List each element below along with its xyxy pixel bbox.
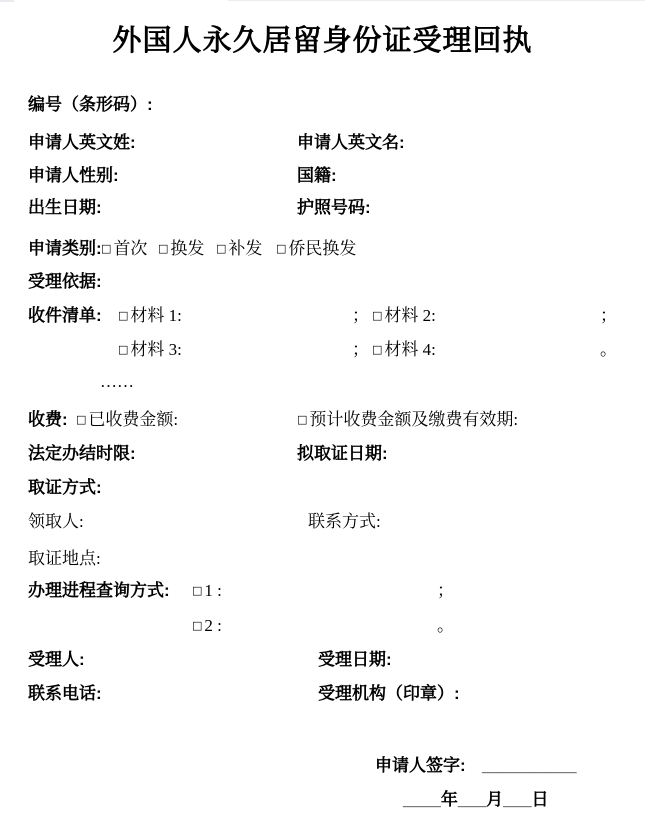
query-method-2-item: □2 : [192, 616, 222, 636]
material-4-item: □材料 4: [372, 340, 436, 360]
page-edge-artifact [228, 0, 645, 1]
field-receiver: 领取人: [28, 512, 84, 532]
field-passport-number: 护照号码: [297, 198, 371, 218]
overseas-renewal-checkbox[interactable]: □ [276, 242, 288, 255]
document-title: 外国人永久居留身份证受理回执 [0, 24, 645, 59]
material-3-checkbox[interactable]: □ [118, 343, 130, 356]
field-applicant-gender: 申请人性别: [28, 166, 119, 186]
apply-option-first: □首次 [101, 239, 147, 259]
field-application-type: 申请类别: [28, 239, 102, 259]
field-contact-phone: 联系电话: [28, 684, 102, 704]
field-applicant-surname-en: 申请人英文姓: [28, 133, 136, 153]
fee-received-checkbox[interactable]: □ [76, 413, 88, 426]
first-time-checkbox[interactable]: □ [101, 242, 113, 255]
material-2-item: □材料 2: [372, 306, 436, 326]
fee-received-label: 已收费金额: [88, 410, 178, 429]
apply-option-renewal-label: 换发 [170, 239, 204, 258]
field-acceptance-basis: 受理依据: [28, 272, 102, 292]
receipt-document: 外国人永久居留身份证受理回执 编号（条形码）: 申请人英文姓: 申请人英文名: … [0, 0, 645, 838]
apply-option-overseas-renewal-label: 侨民换发 [288, 239, 356, 258]
material-3-item: □材料 3: [118, 340, 182, 360]
fee-received-item: □已收费金额: [76, 410, 178, 430]
separator-period-2: 。 [437, 616, 454, 636]
query-method-2-checkbox[interactable]: □ [192, 619, 204, 632]
query-method-2-label: 2 : [204, 616, 221, 635]
apply-option-reissue: □补发 [216, 239, 262, 259]
query-method-1-item: □1 : [192, 581, 222, 601]
material-2-checkbox[interactable]: □ [372, 309, 384, 322]
field-pickup-method: 取证方式: [28, 478, 102, 498]
separator-semicolon-1: ； [352, 306, 369, 326]
apply-option-first-label: 首次 [113, 239, 147, 258]
material-1-item: □材料 1: [118, 306, 182, 326]
query-method-1-label: 1 : [204, 581, 221, 600]
apply-option-reissue-label: 补发 [228, 239, 262, 258]
separator-semicolon-3: ； [352, 340, 369, 360]
field-expected-pickup-date: 拟取证日期: [297, 444, 388, 464]
reissue-checkbox[interactable]: □ [216, 242, 228, 255]
apply-option-overseas-renewal: □侨民换发 [276, 239, 356, 259]
field-contact-method: 联系方式: [308, 512, 381, 532]
material-4-checkbox[interactable]: □ [372, 343, 384, 356]
fee-expected-label: 预计收费金额及缴费有效期: [309, 410, 518, 429]
field-acceptance-agency-seal: 受理机构（印章）: [318, 684, 460, 704]
separator-semicolon-4: ； [437, 581, 454, 601]
field-acceptor: 受理人: [28, 650, 85, 670]
field-statutory-deadline: 法定办结时限: [28, 444, 136, 464]
material-1-checkbox[interactable]: □ [118, 309, 130, 322]
field-acceptance-date: 受理日期: [318, 650, 392, 670]
field-nationality: 国籍: [297, 166, 337, 186]
material-4-label: 材料 4: [384, 340, 435, 359]
field-fee: 收费: [28, 410, 68, 430]
fee-expected-item: □预计收费金额及缴费有效期: [297, 410, 518, 430]
page-edge-artifact [0, 0, 14, 2]
separator-period-1: 。 [600, 340, 617, 360]
separator-semicolon-2: ； [600, 306, 617, 326]
material-1-label: 材料 1: [130, 306, 181, 325]
renewal-checkbox[interactable]: □ [158, 242, 170, 255]
material-2-label: 材料 2: [384, 306, 435, 325]
field-number-barcode: 编号（条形码）: [28, 95, 153, 115]
signature-blank-line: __________ [482, 756, 577, 776]
field-birth-date: 出生日期: [28, 198, 102, 218]
field-received-materials: 收件清单: [28, 306, 102, 326]
apply-option-renewal: □换发 [158, 239, 204, 259]
field-applicant-givenname-en: 申请人英文名: [297, 133, 405, 153]
materials-ellipsis: …… [100, 372, 134, 392]
material-3-label: 材料 3: [130, 340, 181, 359]
applicant-signature-label: 申请人签字: [375, 756, 466, 776]
fee-expected-checkbox[interactable]: □ [297, 413, 309, 426]
query-method-1-checkbox[interactable]: □ [192, 584, 204, 597]
field-pickup-location: 取证地点: [28, 549, 101, 569]
field-progress-query-method: 办理进程查询方式: [28, 581, 170, 601]
signature-date-line: ____年___月___日 [403, 790, 549, 810]
